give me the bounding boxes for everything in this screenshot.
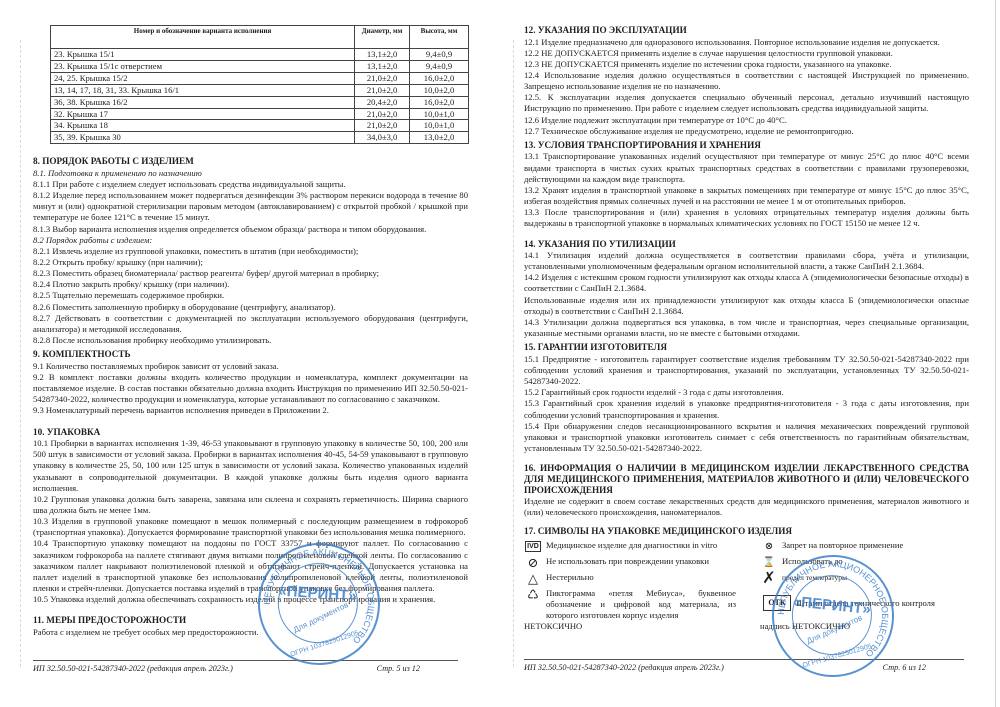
table-header-variant: Номер и обозначение варианта исполнения: [51, 26, 355, 49]
height-cell: 9,4±0,9: [410, 60, 469, 72]
paragraph-16: Изделие не содержит в своем составе лека…: [524, 496, 969, 518]
table-row: 35, 39. Крышка 3034,0±3,013,0±2,0: [51, 132, 469, 144]
paragraph-15-4: 15.4 При обнаружении следов несанкционир…: [524, 421, 969, 454]
paragraph-12-6: 12.6 Изделие подлежит эксплуатации при т…: [524, 115, 969, 126]
height-cell: 13,0±2,0: [410, 132, 469, 144]
section-14: 14. УКАЗАНИЯ ПО УТИЛИЗАЦИИ 14.1 Утилизац…: [524, 239, 969, 340]
paragraph-14-1: 14.1 Утилизация изделий должна осуществл…: [524, 250, 969, 272]
paragraph-12-1: 12.1 Изделие предназначено для одноразов…: [524, 37, 969, 48]
paragraph-8-1-2: 8.1.2 Изделие перед использованием может…: [33, 190, 468, 223]
paragraph-8-2-8: 8.2.8 После использования пробирку необх…: [33, 335, 468, 346]
symbol-label-temperature-limit: предел температуры: [782, 572, 969, 586]
paragraph-13-1: 13.1 Транспортирование упакованных издел…: [524, 151, 969, 184]
subsection-8-2-title: 8.2 Порядок работы с изделием:: [33, 235, 468, 246]
symbol-label-do-not-reuse: Запрет на повторное применение: [782, 540, 969, 554]
paragraph-9-3: 9.3 Номенклатурный перечень вариантов ис…: [33, 405, 468, 416]
table-row: 13, 14, 17, 18, 31, 33. Крышка 16/121,0±…: [51, 84, 469, 96]
diameter-cell: 34,0±3,0: [355, 132, 410, 144]
nontoxic-caption: надпись НЕТОКСИЧНО: [760, 621, 850, 632]
variant-cell: 32. Крышка 17: [51, 108, 355, 120]
symbol-label-ivd: Медицинское изделие для диагностики in v…: [546, 540, 736, 554]
paragraph-9-2: 9.2 В комплект поставки должны входить к…: [33, 372, 468, 405]
diameter-cell: 21,0±2,0: [355, 120, 410, 132]
paragraph-14-2: 14.2 Изделия с истекшим сроком годности …: [524, 272, 969, 294]
paragraph-15-1: 15.1 Предприятие - изготовитель гарантир…: [524, 354, 969, 387]
footer-page-number: Стр. 5 из 12: [377, 664, 420, 673]
section-13-title: 13. УСЛОВИЯ ТРАНСПОРТИРОВАНИЯ И ХРАНЕНИЯ: [524, 140, 969, 152]
paragraph-8-2-3: 8.2.3 Поместить образец биоматериала/ ра…: [33, 268, 468, 279]
page-6-content: 12. УКАЗАНИЯ ПО ЭКСПЛУАТАЦИИ 12.1 Издели…: [524, 25, 969, 633]
paragraph-10-2: 10.2 Групповая упаковка должна быть зава…: [33, 494, 468, 516]
paragraph-8-2-1: 8.2.1 Извлечь изделие из групповой упако…: [33, 246, 468, 257]
do-not-reuse-icon: ⊗: [760, 540, 778, 554]
paragraph-11: Работа с изделием не требует особых мер …: [33, 627, 468, 638]
section-16: 16. ИНФОРМАЦИЯ О НАЛИЧИИ В МЕДИЦИНСКОМ И…: [524, 463, 969, 518]
symbol-label-non-sterile: Нестерильно: [546, 572, 736, 586]
symbol-label-mobius: Пиктограмма «петля Мебиуса», буквенное о…: [546, 588, 736, 621]
height-cell: 16,0±2,0: [410, 96, 469, 108]
page-edge: [995, 0, 996, 707]
paragraph-14-2b: Использованные изделия или их принадлежн…: [524, 295, 969, 317]
section-12-title: 12. УКАЗАНИЯ ПО ЭКСПЛУАТАЦИИ: [524, 25, 969, 37]
paragraph-13-2: 13.2 Хранят изделия в транспортной упако…: [524, 185, 969, 207]
section-14-title: 14. УКАЗАНИЯ ПО УТИЛИЗАЦИИ: [524, 239, 969, 251]
paragraph-8-2-7: 8.2.7 Действовать в соответствии с докум…: [33, 313, 468, 335]
nontoxic-label: НЕТОКСИЧНО: [524, 621, 760, 632]
section-9: 9. КОМПЛЕКТНОСТЬ 9.1 Количество поставля…: [33, 349, 468, 416]
paragraph-12-2: 12.2 НЕ ДОПУСКАЕТСЯ применять изделие в …: [524, 48, 969, 59]
table-row: 24, 25. Крышка 15/221,0±2,016,0±2,0: [51, 72, 469, 84]
nontoxic-row: НЕТОКСИЧНО надпись НЕТОКСИЧНО: [524, 621, 969, 632]
table-row: 34. Крышка 1821,0±2,010,0±1,0: [51, 120, 469, 132]
symbol-label-otk: Штамп отдела технического контроля: [782, 598, 969, 621]
paragraph-14-3: 14.3 Утилизации должна подвергаться вся …: [524, 317, 969, 339]
ivd-icon: IVD: [524, 540, 542, 554]
symbol-label-use-by: Использовать до: [782, 556, 969, 570]
section-17-title: 17. СИМВОЛЫ НА УПАКОВКЕ МЕДИЦИНСКОГО ИЗД…: [524, 526, 969, 538]
page-5-content: Номер и обозначение варианта исполнения …: [33, 25, 468, 638]
variant-cell: 23. Крышка 15/1: [51, 49, 355, 61]
paragraph-8-2-4: 8.2.4 Плотно закрыть пробку/ крышку (при…: [33, 279, 468, 290]
section-10: 10. УПАКОВКА 10.1 Пробирки в вариантах и…: [33, 427, 468, 606]
diameter-cell: 21,0±2,0: [355, 72, 410, 84]
paragraph-10-4: 10.4 Транспортную упаковку помещают на п…: [33, 538, 468, 594]
non-sterile-icon: △: [524, 572, 542, 586]
paragraph-12-3: 12.3 НЕ ДОПУСКАЕТСЯ применять изделие по…: [524, 59, 969, 70]
symbols-legend: IVD Медицинское изделие для диагностики …: [524, 540, 969, 621]
page-footer: ИП 32.50.50-021-54287340-2022 (редакция …: [524, 659, 964, 677]
section-16-title: 16. ИНФОРМАЦИЯ О НАЛИЧИИ В МЕДИЦИНСКОМ И…: [524, 463, 969, 496]
paragraph-15-2: 15.2 Гарантийный срок годности изделий -…: [524, 387, 969, 398]
footer-document-code: ИП 32.50.50-021-54287340-2022 (редакция …: [524, 663, 724, 672]
mobius-recycle-icon: ♺: [524, 588, 542, 602]
use-by-hourglass-icon: ⌛: [760, 556, 778, 570]
subsection-8-1-title: 8.1. Подготовка к применению по назначен…: [33, 168, 468, 179]
dimensions-table: Номер и обозначение варианта исполнения …: [50, 25, 469, 144]
page-margin-line: [20, 40, 21, 667]
paragraph-10-3: 10.3 Изделия в групповой упаковке помеща…: [33, 516, 468, 538]
paragraph-8-2-6: 8.2.6 Поместить заполненную пробирку в о…: [33, 302, 468, 313]
variant-cell: 34. Крышка 18: [51, 120, 355, 132]
document-page-6: 12. УКАЗАНИЯ ПО ЭКСПЛУАТАЦИИ 12.1 Издели…: [500, 0, 1000, 707]
paragraph-9-1: 9.1 Количество поставляемых пробирок зав…: [33, 361, 468, 372]
table-row: 23. Крышка 15/1с отверстием13,1±2,09,4±0…: [51, 60, 469, 72]
symbol-label-do-not-use-if-damaged: Не использовать при повреждении упаковки: [546, 556, 736, 570]
paragraph-15-3: 15.3 Гарантийный срок хранения изделий в…: [524, 398, 969, 420]
paragraph-8-1-3: 8.1.3 Выбор варианта исполнения изделия …: [33, 224, 468, 235]
variant-cell: 13, 14, 17, 18, 31, 33. Крышка 16/1: [51, 84, 355, 96]
page-footer: ИП 32.50.50-021-54287340-2022 (редакция …: [33, 660, 458, 677]
table-row: 36, 38. Крышка 16/220,4±2,016,0±2,0: [51, 96, 469, 108]
variant-cell: 24, 25. Крышка 15/2: [51, 72, 355, 84]
paragraph-12-4: 12.4 Использование изделия должно осущес…: [524, 70, 969, 92]
table-header-row: Номер и обозначение варианта исполнения …: [51, 26, 469, 49]
page-margin-line: [513, 40, 514, 667]
paragraph-10-1: 10.1 Пробирки в вариантах исполнения 1-3…: [33, 438, 468, 494]
section-13: 13. УСЛОВИЯ ТРАНСПОРТИРОВАНИЯ И ХРАНЕНИЯ…: [524, 140, 969, 230]
paragraph-8-2-2: 8.2.2 Открыть пробку/ крышку (при наличи…: [33, 257, 468, 268]
table-row: 32. Крышка 1721,0±2,010,0±1,0: [51, 108, 469, 120]
paragraph-8-2-5: 8.2.5 Тщательно перемешать содержимое пр…: [33, 290, 468, 301]
section-10-title: 10. УПАКОВКА: [33, 427, 468, 439]
height-cell: 10,0±1,0: [410, 108, 469, 120]
paragraph-12-5: 12.5. К эксплуатации изделия допускается…: [524, 92, 969, 114]
section-8-title: 8. ПОРЯДОК РАБОТЫ С ИЗДЕЛИЕМ: [33, 156, 468, 168]
footer-document-code: ИП 32.50.50-021-54287340-2022 (редакция …: [33, 664, 233, 673]
section-11-title: 11. МЕРЫ ПРЕДОСТОРОЖНОСТИ: [33, 615, 468, 627]
variant-cell: 35, 39. Крышка 30: [51, 132, 355, 144]
section-12: 12. УКАЗАНИЯ ПО ЭКСПЛУАТАЦИИ 12.1 Издели…: [524, 25, 969, 137]
height-cell: 10,0±2,0: [410, 84, 469, 96]
section-15: 15. ГАРАНТИИ ИЗГОТОВИТЕЛЯ 15.1 Предприят…: [524, 342, 969, 454]
height-cell: 9,4±0,9: [410, 49, 469, 61]
section-9-title: 9. КОМПЛЕКТНОСТЬ: [33, 349, 468, 361]
paragraph-13-3: 13.3 После транспортирования и (или) хра…: [524, 207, 969, 229]
table-row: 23. Крышка 15/113,1±2,09,4±0,9: [51, 49, 469, 61]
height-cell: 10,0±1,0: [410, 120, 469, 132]
paragraph-8-1-1: 8.1.1 При работе с изделием следует испо…: [33, 179, 468, 190]
table-header-diameter: Диаметр, мм: [355, 26, 410, 49]
height-cell: 16,0±2,0: [410, 72, 469, 84]
paragraph-12-7: 12.7 Техническое обслуживание изделия не…: [524, 126, 969, 137]
do-not-use-if-damaged-icon: ⊘: [524, 556, 542, 570]
diameter-cell: 20,4±2,0: [355, 96, 410, 108]
diameter-cell: 21,0±2,0: [355, 84, 410, 96]
paragraph-10-5: 10.5 Упаковка изделий должна обеспечиват…: [33, 594, 468, 605]
footer-page-number: Стр. 6 из 12: [883, 663, 926, 672]
section-8: 8. ПОРЯДОК РАБОТЫ С ИЗДЕЛИЕМ 8.1. Подгот…: [33, 156, 468, 346]
diameter-cell: 13,1±2,0: [355, 60, 410, 72]
temperature-limit-icon: ✗: [760, 572, 778, 586]
table-header-height: Высота, мм: [410, 26, 469, 49]
variant-cell: 36, 38. Крышка 16/2: [51, 96, 355, 108]
diameter-cell: 21,0±2,0: [355, 108, 410, 120]
section-15-title: 15. ГАРАНТИИ ИЗГОТОВИТЕЛЯ: [524, 342, 969, 354]
section-11: 11. МЕРЫ ПРЕДОСТОРОЖНОСТИ Работа с издел…: [33, 615, 468, 638]
diameter-cell: 13,1±2,0: [355, 49, 410, 61]
document-page-5: Номер и обозначение варианта исполнения …: [0, 0, 500, 707]
variant-cell: 23. Крышка 15/1с отверстием: [51, 60, 355, 72]
section-17: 17. СИМВОЛЫ НА УПАКОВКЕ МЕДИЦИНСКОГО ИЗД…: [524, 526, 969, 632]
